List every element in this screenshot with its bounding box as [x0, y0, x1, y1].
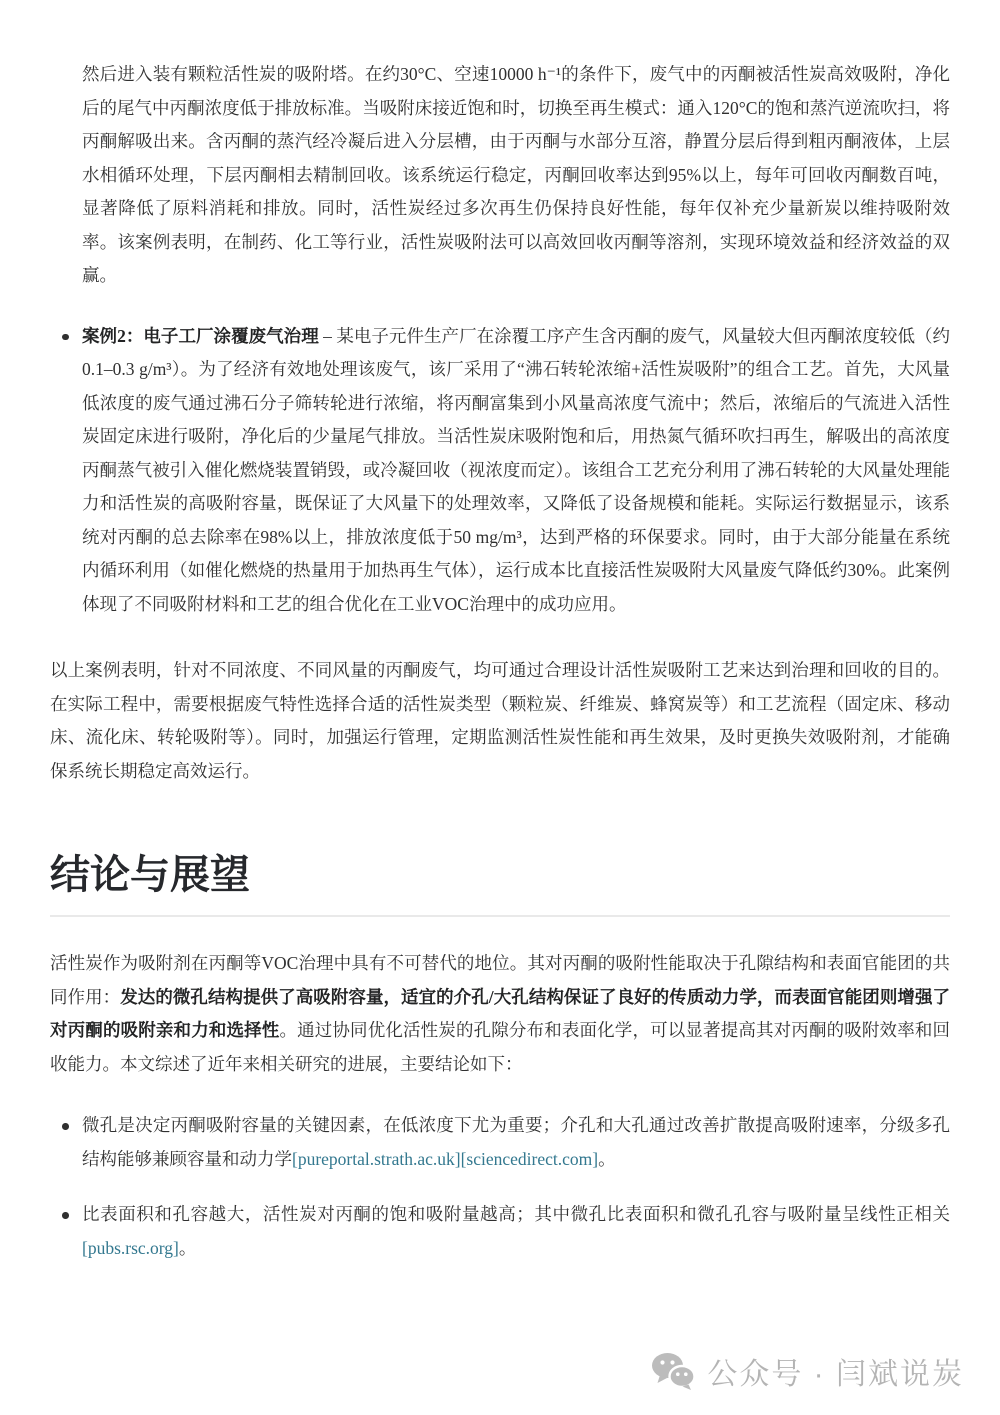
case2-paragraph: 案例2：电子工厂涂覆废气治理 – 某电子元件生产厂在涂覆工序产生含丙酮的废气，风… [82, 320, 950, 622]
watermark-text: 公众号 · 闫斌说炭 [707, 1349, 964, 1393]
wechat-icon [651, 1352, 697, 1390]
article-content: 然后进入装有颗粒活性炭的吸附塔。在约30°C、空速10000 h⁻¹的条件下，废… [0, 0, 1000, 1265]
conclusion-bullet-2-paragraph: 比表面积和孔容越大，活性炭对丙酮的饱和吸附量越高；其中微孔比表面积和微孔孔容与吸… [82, 1198, 950, 1265]
conclusion-intro-paragraph: 活性炭作为吸附剂在丙酮等VOC治理中具有不可替代的地位。其对丙酮的吸附性能取决于… [50, 947, 950, 1081]
bullet-icon [62, 1198, 82, 1219]
case1-continuation-paragraph: 然后进入装有颗粒活性炭的吸附塔。在约30°C、空速10000 h⁻¹的条件下，废… [82, 58, 950, 293]
case2-body: 某电子元件生产厂在涂覆工序产生含丙酮的废气，风量较大但丙酮浓度较低（约0.1–0… [82, 326, 950, 614]
summary-paragraph: 以上案例表明，针对不同浓度、不同风量的丙酮废气，均可通过合理设计活性炭吸附工艺来… [50, 654, 950, 788]
conclusion-bullet-2: 比表面积和孔容越大，活性炭对丙酮的饱和吸附量越高；其中微孔比表面积和微孔孔容与吸… [50, 1198, 950, 1265]
link-pureportal-strath[interactable]: [pureportal.strath.ac.uk] [292, 1149, 461, 1169]
case2-title: 案例2：电子工厂涂覆废气治理 [82, 326, 319, 346]
conclusion-bullet-list: 微孔是决定丙酮吸附容量的关键因素，在低浓度下尤为重要；介孔和大孔通过改善扩散提高… [50, 1109, 950, 1265]
conclusion-bullet-1-paragraph: 微孔是决定丙酮吸附容量的关键因素，在低浓度下尤为重要；介孔和大孔通过改善扩散提高… [82, 1109, 950, 1176]
section-heading: 结论与展望 [50, 851, 950, 899]
heading-divider [50, 915, 950, 917]
conclusion-bullet-2-text: 比表面积和孔容越大，活性炭对丙酮的饱和吸附量越高；其中微孔比表面积和微孔孔容与吸… [82, 1204, 950, 1224]
watermark: 公众号 · 闫斌说炭 [651, 1349, 964, 1393]
bullet-icon [62, 1109, 82, 1130]
article-page: 然后进入装有颗粒活性炭的吸附塔。在约30°C、空速10000 h⁻¹的条件下，废… [0, 0, 1000, 1265]
link-pubs-rsc[interactable]: [pubs.rsc.org] [82, 1238, 179, 1258]
case2-list-item: 案例2：电子工厂涂覆废气治理 – 某电子元件生产厂在涂覆工序产生含丙酮的废气，风… [50, 320, 950, 622]
bullet-icon [62, 320, 82, 341]
conclusion-bullet-1: 微孔是决定丙酮吸附容量的关键因素，在低浓度下尤为重要；介孔和大孔通过改善扩散提高… [50, 1109, 950, 1176]
link-sciencedirect[interactable]: [sciencedirect.com] [461, 1149, 599, 1169]
conclusion-bullet-2-tail: 。 [179, 1238, 197, 1258]
case2-separator: – [319, 326, 337, 346]
conclusion-bullet-1-tail: 。 [598, 1149, 616, 1169]
